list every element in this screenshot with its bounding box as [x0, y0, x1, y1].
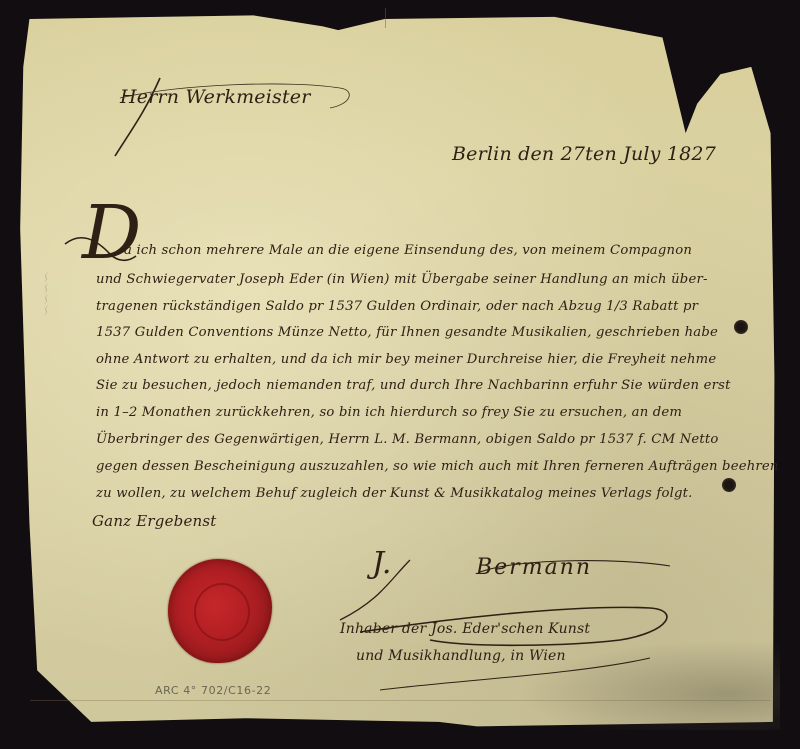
signature-name: Bermann: [476, 555, 592, 580]
body-line: 1537 Gulden Conventions Münze Netto, für…: [96, 325, 718, 340]
body-line: tragenen rückständigen Saldo pr 1537 Gul…: [96, 299, 698, 314]
body-line: ohne Antwort zu erhalten, und da ich mir…: [96, 352, 716, 367]
body-line: zu wollen, zu welchem Behuf zugleich der…: [96, 486, 693, 501]
signature-initial: J.: [372, 546, 392, 581]
paper-tear-mark: [385, 8, 386, 28]
paper-hole: [722, 478, 736, 492]
body-line: a ich schon mehrere Male an die eigene E…: [124, 243, 692, 258]
signature-title-line-2: und Musikhandlung, in Wien: [356, 648, 566, 664]
body-line: Sie zu besuchen, jedoch niemanden traf, …: [96, 378, 731, 393]
initial-letter: D: [82, 196, 141, 270]
closing-phrase: Ganz Ergebenst: [92, 512, 217, 530]
dateline: Berlin den 27ten July 1827: [452, 143, 716, 165]
body-line: gegen dessen Bescheinigung auszuzahlen, …: [96, 459, 779, 474]
body-line: Überbringer des Gegenwärtigen, Herrn L. …: [96, 432, 719, 447]
signature-title-line-1: Inhaber der Jos. Eder'schen Kunst: [340, 621, 590, 637]
body-line: in 1–2 Monathen zurückkehren, so bin ich…: [96, 405, 682, 420]
salutation: Herrn Werkmeister: [120, 86, 311, 108]
body-line: und Schwiegervater Joseph Eder (in Wien)…: [96, 272, 708, 287]
paper-hole: [734, 320, 748, 334]
archive-shelfmark: ARC 4° 702/C16-22: [155, 684, 271, 697]
margin-pencil-marks: ～～～～: [22, 272, 52, 382]
